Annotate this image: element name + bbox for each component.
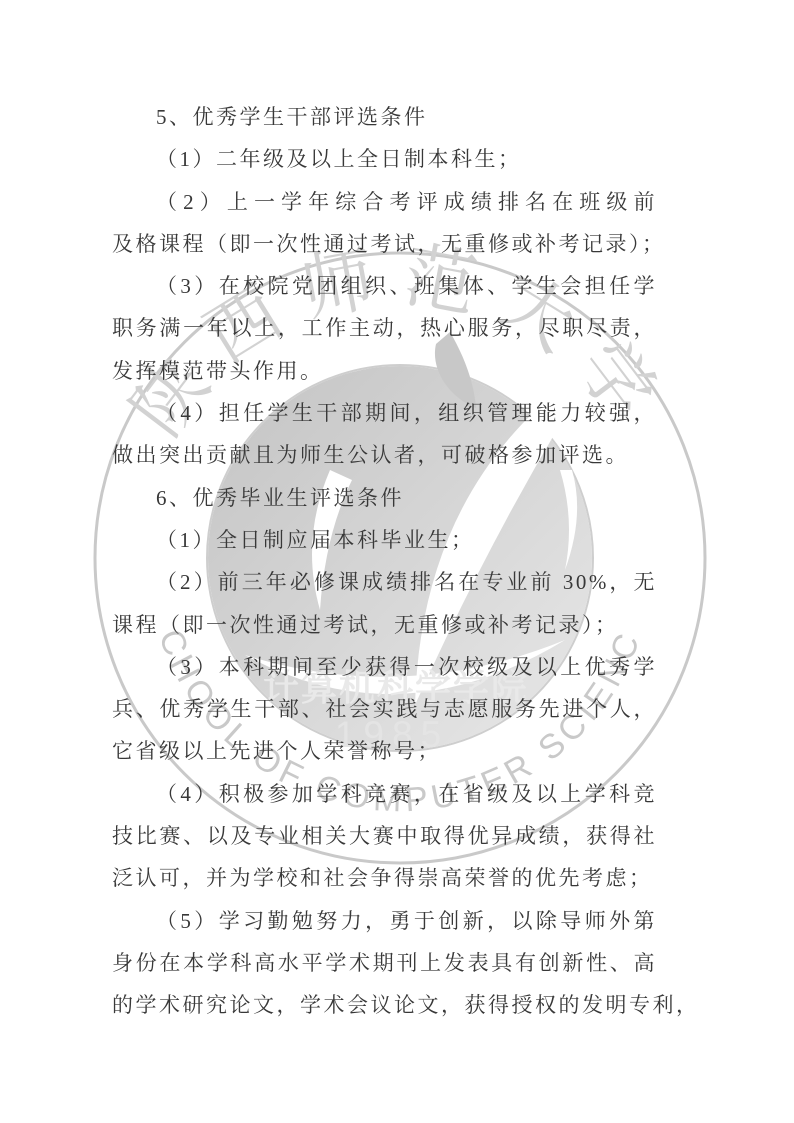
text-line: （3）在校院党团组织、班集体、学生会担任学生干部 [112,265,657,307]
text-line: 兵、优秀学生干部、社会实践与志愿服务先进个人，或其 [112,688,657,730]
text-line: 做出突出贡献且为师生公认者，可破格参加评选。 [112,434,657,476]
text-line: 身份在本学科高水平学术期刊上发表具有创新性、高层次 [112,942,657,984]
text-line: 职务满一年以上，工作主动，热心服务，尽职尽责，积极 [112,307,657,349]
text-line: 技比赛、以及专业相关大赛中取得优异成绩，获得社会广 [112,815,657,857]
text-line: 它省级以上先进个人荣誉称号； [112,730,657,772]
text-line: （4）积极参加学科竞赛，在省级及以上学科竞赛、竞 [112,773,657,815]
text-line: 6、优秀毕业生评选条件 [112,477,657,519]
text-line: （1）全日制应届本科毕业生； [112,519,657,561]
text-line: 5、优秀学生干部评选条件 [112,96,657,138]
text-line: （4）担任学生干部期间，组织管理能力较强，为集体 [112,392,657,434]
text-line: 课程（即一次性通过考试，无重修或补考记录）； [112,604,657,646]
text-line: 发挥模范带头作用。 [112,350,657,392]
text-line: （3）本科期间至少获得一次校级及以上优秀学生标 [112,646,657,688]
document-page: { "page": { "background": "#ffffff", "te… [0,0,794,1123]
text-line: （2）前三年必修课成绩排名在专业前 30%，无不及格 [112,561,657,603]
text-line: （5）学习勤勉努力，勇于创新，以除导师外第一作者 [112,900,657,942]
text-line: 及格课程（即一次性通过考试，无重修或补考记录）； [112,223,657,265]
document-body: 5、优秀学生干部评选条件（1）二年级及以上全日制本科生；（2）上一学年综合考评成… [112,96,657,1027]
text-line: （1）二年级及以上全日制本科生； [112,138,657,180]
text-line: 的学术研究论文，学术会议论文，获得授权的发明专利， [112,984,657,1026]
text-line: 泛认可，并为学校和社会争得崇高荣誉的优先考虑； [112,857,657,899]
text-line: （2）上一学年综合考评成绩排名在班级前 30%，无不 [112,181,657,223]
